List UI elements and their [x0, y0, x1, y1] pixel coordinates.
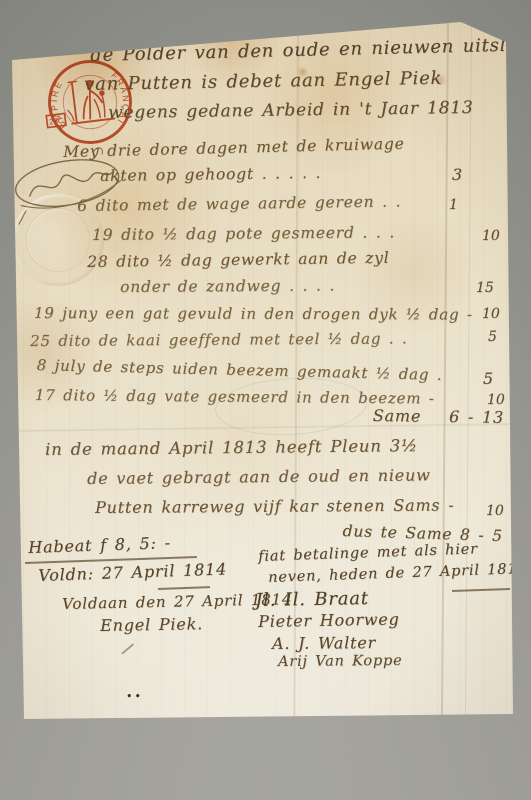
photo-background: EMPIRE FRANÇAIS 25C de Polder van den ou…: [0, 0, 531, 800]
entry-amount: 10: [487, 392, 505, 408]
april-note-line: in de maand April 1813 heeft Pleun 3½: [45, 436, 418, 459]
manuscript-entry-line: 8 july de steps uiden beezem gemaakt ½ d…: [37, 356, 443, 384]
entry-amount: 5: [483, 369, 493, 388]
grand-total-line: dus te Same 8 - 5: [342, 522, 503, 545]
crease-line: [465, 22, 472, 716]
manuscript-entry-line: 6 dito met de wage aarde gereen . .: [77, 192, 401, 215]
stray-ink-mark: [121, 643, 133, 654]
entry-amount: 3: [452, 165, 462, 184]
voldaan-date-underline: [158, 586, 210, 589]
signature-walter: A. J. Walter: [272, 633, 376, 653]
manuscript-header-line: wegens gedane Arbeid in 't Jaar 1813: [108, 98, 474, 123]
signature-hoorweg: Pieter Hoorweg: [258, 610, 400, 631]
manuscript-entry-line: 19 dito ½ dag pote gesmeerd . . .: [92, 223, 395, 244]
manuscript-entry-line: 19 juny een gat gevuld in den drogen dyk…: [34, 304, 473, 324]
paper-sheet: EMPIRE FRANÇAIS 25C de Polder van den ou…: [0, 0, 531, 800]
entry-amount: 10: [482, 228, 500, 244]
entry-amount: 5: [488, 329, 497, 345]
fiat-date-underline: [452, 588, 510, 592]
total-label: Same: [373, 406, 422, 426]
manuscript-entry-line: onder de zandweg . . . .: [120, 276, 335, 296]
entry-amount: 10: [482, 306, 500, 322]
entry-amount: 1: [449, 197, 458, 213]
habeat-line: Habeat f 8, 5: -: [28, 533, 171, 557]
fiat-line: neven, heden de 27 April 1814: [268, 561, 528, 586]
entry-amount: 15: [476, 280, 494, 296]
total-line: Same 6 - 13: [373, 406, 504, 427]
manuscript-header-line: de Polder van den oude en nieuwen uitsla…: [90, 34, 530, 66]
manuscript-entry-line: 28 dito ½ dag gewerkt aan de zyl: [87, 249, 390, 271]
signature-van-koppe: Arij Van Koppe: [278, 653, 403, 670]
entry-amount: 10: [486, 503, 504, 519]
voldaan-short-line: Voldn: 27 April 1814: [38, 559, 227, 585]
total-value: 6 - 13: [449, 407, 504, 427]
signature-braat: Jl. Il. Braat: [255, 588, 369, 611]
manuscript-entry-line: akten op gehoogt . . . . .: [100, 164, 321, 185]
april-entry-line: Putten karreweg vijf kar stenen Sams -: [95, 495, 455, 517]
manuscript-header-line: van Putten is debet aan Engel Piek: [84, 68, 442, 95]
april-note-line: de vaet gebragt aan de oud en nieuw: [87, 465, 431, 488]
stamp-denomination: 25C: [49, 116, 65, 127]
fiat-line: fiat betalinge met als hier: [258, 541, 478, 565]
manuscript-entry-line: 25 dito de kaai geeffend met teel ½ dag …: [30, 329, 408, 350]
manuscript-entry-line: 17 dito ½ dag vate gesmeerd in den beeze…: [35, 386, 435, 407]
ink-dots: ••: [126, 690, 143, 703]
signature-engel-piek: Engel Piek.: [100, 614, 203, 635]
